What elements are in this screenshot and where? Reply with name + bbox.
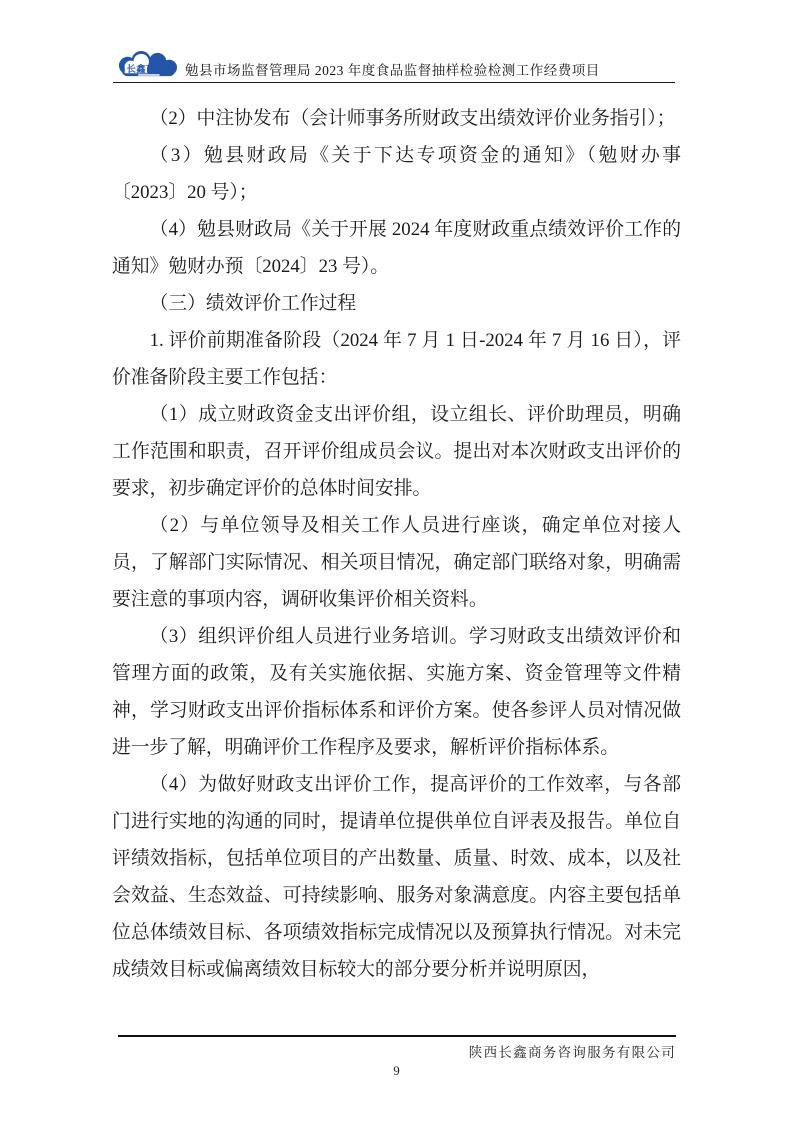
paragraph: 1. 评价前期准备阶段（2024 年 7 月 1 日-2024 年 7 月 16… (112, 322, 681, 396)
logo-tagline-bar (138, 74, 159, 75)
paragraph: （4）为做好财政支出评价工作，提高评价的工作效率，与各部门进行实地的沟通的同时，… (112, 766, 681, 988)
paragraph: （3）组织评价组人员进行业务培训。学习财政支出绩效评价和管理方面的政策，及有关实… (112, 618, 681, 766)
paragraph: （3）勉县财政局《关于下达专项资金的通知》（勉财办事〔2023〕20 号）； (112, 137, 681, 211)
footer-company: 陕西长鑫商务咨询服务有限公司 (118, 1041, 676, 1061)
paragraph: （2）中注协发布（会计师事务所财政支出绩效评价业务指引）； (112, 100, 681, 137)
document-page: 长鑫商务 勉县市场监督管理局 2023 年度食品监督抽样检验检测工作经费项目 （… (0, 0, 793, 1122)
page-number: 9 (113, 1063, 680, 1079)
logo-text: 长鑫商务 (127, 63, 166, 74)
header-title: 勉县市场监督管理局 2023 年度食品监督抽样检验检测工作经费项目 (185, 59, 675, 79)
document-body: （2）中注协发布（会计师事务所财政支出绩效评价业务指引）； （3）勉县财政局《关… (112, 100, 681, 988)
page-header: 长鑫商务 勉县市场监督管理局 2023 年度食品监督抽样检验检测工作经费项目 (113, 50, 676, 82)
paragraph: （4）勉县财政局《关于开展 2024 年度财政重点绩效评价工作的通知》勉财办预〔… (112, 211, 681, 285)
paragraph: （2）与单位领导及相关工作人员进行座谈，确定单位对接人员，了解部门实际情况、相关… (112, 507, 681, 618)
paragraph: （1）成立财政资金支出评价组，设立组长、评价助理员，明确工作范围和职责，召开评价… (112, 396, 681, 507)
header-rule (113, 82, 675, 83)
company-logo: 长鑫商务 (114, 51, 180, 81)
paragraph: （三）绩效评价工作过程 (112, 285, 681, 322)
footer-rule (118, 1035, 676, 1037)
